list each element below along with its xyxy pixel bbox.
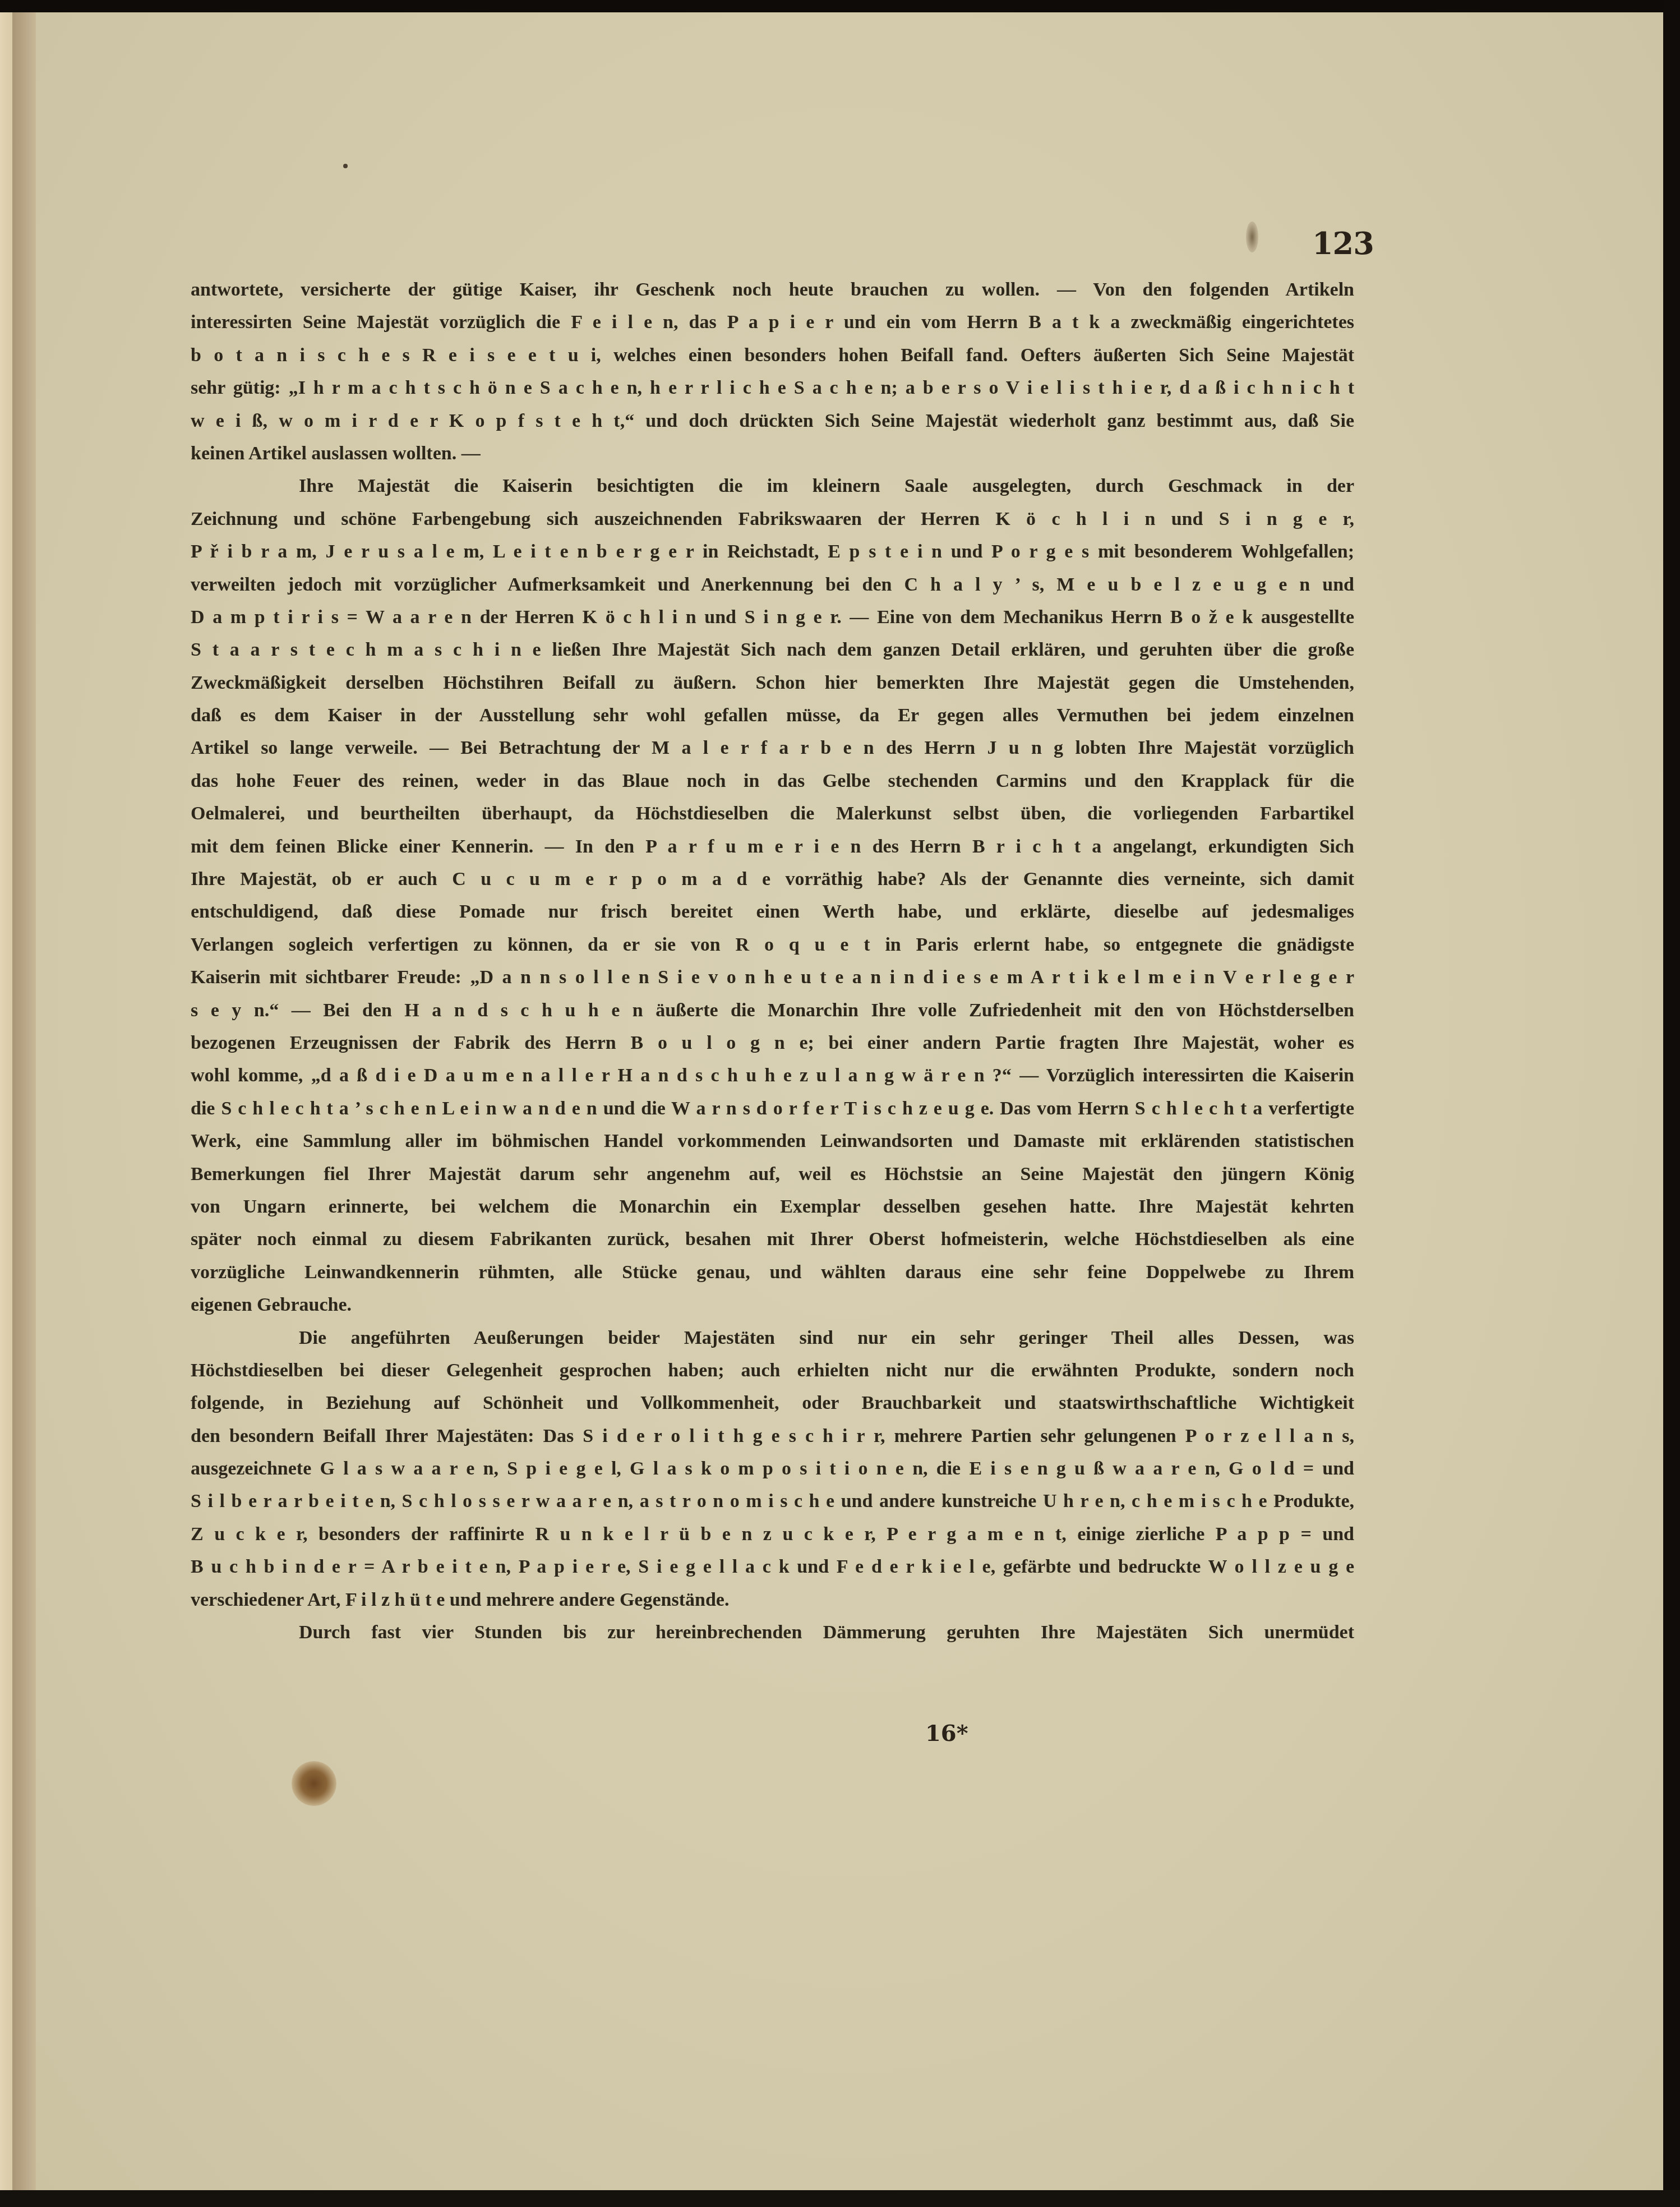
text-line: von Ungarn erinnerte, bei welchem die Mo…: [191, 1191, 1354, 1223]
text-line: Die angeführten Aeußerungen beider Majes…: [191, 1322, 1354, 1354]
scan-border-right: [1663, 0, 1680, 2207]
text-line: antwortete, versicherte der gütige Kaise…: [191, 274, 1354, 306]
text-line: Werk, eine Sammlung aller im böhmischen …: [191, 1125, 1354, 1158]
paragraph: Durch fast vier Stunden bis zur hereinbr…: [191, 1616, 1354, 1649]
text-line: b o t a n i s c h e s R e i s e e t u i,…: [191, 339, 1354, 372]
text-line: Z u c k e r, besonders der raffinirte R …: [191, 1518, 1354, 1551]
text-line: die S c h l e c h t a ’ s c h e n L e i …: [191, 1093, 1354, 1125]
facing-page-edge: [0, 12, 12, 2190]
text-line: Kaiserin mit sichtbarer Freude: „D a n n…: [191, 961, 1354, 994]
paragraph: Ihre Majestät die Kaiserin besichtigten …: [191, 470, 1354, 1321]
text-line: wohl komme, „d a ß d i e D a u m e n a l…: [191, 1059, 1354, 1092]
scan-border-top: [0, 0, 1680, 12]
signature-mark: 16*: [925, 1720, 968, 1747]
text-line: Artikel so lange verweile. — Bei Betrach…: [191, 732, 1354, 764]
ink-smudge: [1246, 222, 1258, 252]
text-line: vorzügliche Leinwandkennerin rühmten, al…: [191, 1256, 1354, 1289]
text-line: mit dem feinen Blicke einer Kennerin. — …: [191, 831, 1354, 863]
body-text: antwortete, versicherte der gütige Kaise…: [191, 274, 1354, 1649]
text-line: den besondern Beifall Ihrer Majestäten: …: [191, 1420, 1354, 1453]
text-line: P ř i b r a m, J e r u s a l e m, L e i …: [191, 536, 1354, 568]
text-line: verweilten jedoch mit vorzüglicher Aufme…: [191, 569, 1354, 601]
text-line: s e y n.“ — Bei den H a n d s c h u h e …: [191, 994, 1354, 1027]
text-line: Durch fast vier Stunden bis zur hereinbr…: [191, 1616, 1354, 1649]
text-line: später noch einmal zu diesem Fabrikanten…: [191, 1223, 1354, 1256]
text-line: Oelmalerei, und beurtheilten überhaupt, …: [191, 798, 1354, 830]
foxing-stain: [292, 1761, 336, 1806]
text-line: interessirten Seine Majestät vorzüglich …: [191, 306, 1354, 339]
text-line: sehr gütig: „I h r m a c h t s c h ö n e…: [191, 372, 1354, 404]
scan-border-bottom: [0, 2190, 1680, 2207]
text-line: keinen Artikel auslassen wollten. —: [191, 437, 1354, 470]
text-line: folgende, in Beziehung auf Schönheit und…: [191, 1387, 1354, 1420]
text-line: Zweckmäßigkeit derselben Höchstihren Bei…: [191, 667, 1354, 699]
text-line: Höchstdieselben bei dieser Gelegenheit g…: [191, 1354, 1354, 1387]
paragraph: Die angeführten Aeußerungen beider Majes…: [191, 1322, 1354, 1617]
text-line: eigenen Gebrauche.: [191, 1289, 1354, 1321]
book-gutter: [12, 12, 36, 2190]
text-line: S t a a r s t e c h m a s c h i n e ließ…: [191, 634, 1354, 666]
text-line: ausgezeichnete G l a s w a a r e n, S p …: [191, 1453, 1354, 1485]
paragraph: antwortete, versicherte der gütige Kaise…: [191, 274, 1354, 470]
text-line: daß es dem Kaiser in der Ausstellung seh…: [191, 699, 1354, 732]
text-line: w e i ß, w o m i r d e r K o p f s t e h…: [191, 405, 1354, 437]
text-line: bezogenen Erzeugnissen der Fabrik des He…: [191, 1027, 1354, 1059]
text-line: entschuldigend, daß diese Pomade nur fri…: [191, 896, 1354, 928]
text-line: Ihre Majestät die Kaiserin besichtigten …: [191, 470, 1354, 503]
text-line: B u c h b i n d e r = A r b e i t e n, P…: [191, 1551, 1354, 1583]
text-line: Zeichnung und schöne Farbengebung sich a…: [191, 503, 1354, 536]
text-line: Verlangen sogleich verfertigen zu können…: [191, 929, 1354, 961]
page-number: 123: [1312, 225, 1374, 261]
ink-speck: [343, 164, 348, 168]
text-line: D a m p t i r i s = W a a r e n der Herr…: [191, 601, 1354, 634]
text-line: das hohe Feuer des reinen, weder in das …: [191, 765, 1354, 798]
text-line: verschiedener Art, F i l z h ü t e und m…: [191, 1584, 1354, 1616]
text-line: Bemerkungen fiel Ihrer Majestät darum se…: [191, 1158, 1354, 1191]
text-line: S i l b e r a r b e i t e n, S c h l o s…: [191, 1485, 1354, 1518]
text-line: Ihre Majestät, ob er auch C u c u m e r …: [191, 863, 1354, 896]
